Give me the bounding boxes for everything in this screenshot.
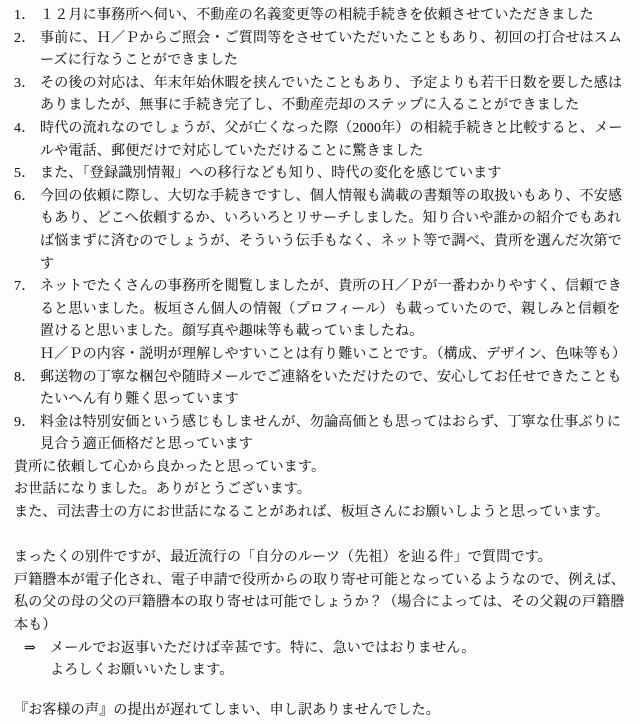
list-item: 8． 郵送物の丁寧な梱包や随時メールでご連絡をいただけたので、安心してお任せでき… (14, 367, 628, 412)
arrow-note: ⇒ メールでお返事いただけば幸甚です。特に、急いではおりません。 よろしくお願い… (14, 638, 628, 683)
document-page: 1． １２月に事務所へ伺い、不動産の名義変更等の相続手続きを依頼させていただきま… (0, 0, 640, 724)
list-item: 1． １２月に事務所へ伺い、不動産の名義変更等の相続手続きを依頼させていただきま… (14, 5, 628, 28)
question-line: まったくの別件ですが、最近流行の「自分のルーツ（先祖）を辿る件」で質問です。 (14, 547, 626, 570)
arrow-note-line: よろしくお願いいたします。 (50, 660, 610, 683)
list-item-number: 2． (14, 28, 40, 51)
list-item: 6． 今回の依頼に際し、大切な手続きですし、個人情報も満載の書類等の取扱いもあり… (14, 186, 628, 276)
list-item-text: 郵送物の丁寧な梱包や随時メールでご連絡をいただけたので、安心してお任せできたこと… (40, 367, 626, 412)
list-item-text: Ｈ／Ｐの内容・説明が理解しやすいことは有り難いことです。（構成、デザイン、色味等… (40, 344, 626, 367)
list-item-number: 8． (14, 367, 40, 390)
closing-paragraphs: 貴所に依頼して心から良かったと思っています。 お世話になりました。ありがとうござ… (14, 457, 628, 525)
list-item-text: １２月に事務所へ伺い、不動産の名義変更等の相続手続きを依頼させていただきました (40, 5, 626, 28)
arrow-note-line: メールでお返事いただけば幸甚です。特に、急いではおりません。 (50, 638, 610, 661)
list-item-number: 4． (14, 118, 40, 141)
feedback-list: 1． １２月に事務所へ伺い、不動産の名義変更等の相続手続きを依頼させていただきま… (14, 5, 628, 457)
list-item-text: 今回の依頼に際し、大切な手続きですし、個人情報も満載の書類等の取扱いもあり、不安… (40, 186, 626, 276)
list-item: 7． ネットでたくさんの事務所を閲覧しましたが、貴所のＨ／Ｐが一番わかりやすく、… (14, 276, 628, 366)
list-item-text: ネットでたくさんの事務所を閲覧しましたが、貴所のＨ／Ｐが一番わかりやすく、信頼で… (40, 276, 626, 344)
list-item-text: 時代の流れなのでしょうが、父が亡くなった際（2000年）の相続手続きと比較すると… (40, 118, 626, 163)
list-item-text: また、「登録識別情報」への移行なども知り、時代の変化を感じています (40, 163, 626, 186)
list-item-text: その後の対応は、年末年始休暇を挟んでいたこともあり、予定よりも若干日数を要した感… (40, 73, 626, 118)
list-item-number: 7． (14, 276, 40, 299)
list-item-text: 料金は特別安価という感じもしませんが、勿論高価とも思ってはおらず、丁寧な仕事ぶり… (40, 412, 626, 457)
list-item-number: 5． (14, 163, 40, 186)
list-item-number: 3． (14, 73, 40, 96)
list-item: 3． その後の対応は、年末年始休暇を挟んでいたこともあり、予定よりも若干日数を要… (14, 73, 628, 118)
closing-line: お世話になりました。ありがとうございます。 (14, 479, 626, 502)
list-item-number: 1． (14, 5, 40, 28)
list-item-number: 6． (14, 186, 40, 209)
list-item-number: 9． (14, 412, 40, 435)
closing-line: 貴所に依頼して心から良かったと思っています。 (14, 457, 626, 480)
arrow-icon: ⇒ (24, 638, 36, 661)
list-item: 5． また、「登録識別情報」への移行なども知り、時代の変化を感じています (14, 163, 628, 186)
question-section: まったくの別件ですが、最近流行の「自分のルーツ（先祖）を辿る件」で質問です。 戸… (14, 547, 628, 683)
list-item-text: 事前に、Ｈ／Ｐからご照会・ご質問等をさせていただいたこともあり、初回の打合せはス… (40, 28, 626, 73)
list-item: 2． 事前に、Ｈ／Ｐからご照会・ご質問等をさせていただいたこともあり、初回の打合… (14, 28, 628, 73)
apology-line: 『お客様の声』の提出が遅れてしまい、申し訳ありませんでした。 (14, 700, 626, 723)
list-item: 4． 時代の流れなのでしょうが、父が亡くなった際（2000年）の相続手続きと比較… (14, 118, 628, 163)
closing-line: また、司法書士の方にお世話になることがあれば、板垣さんにお願いしようと思っていま… (14, 502, 626, 525)
question-line: 戸籍謄本が電子化され、電子申請で役所からの取り寄せ可能となっているようなので、例… (14, 570, 626, 638)
list-item: 9． 料金は特別安価という感じもしませんが、勿論高価とも思ってはおらず、丁寧な仕… (14, 412, 628, 457)
